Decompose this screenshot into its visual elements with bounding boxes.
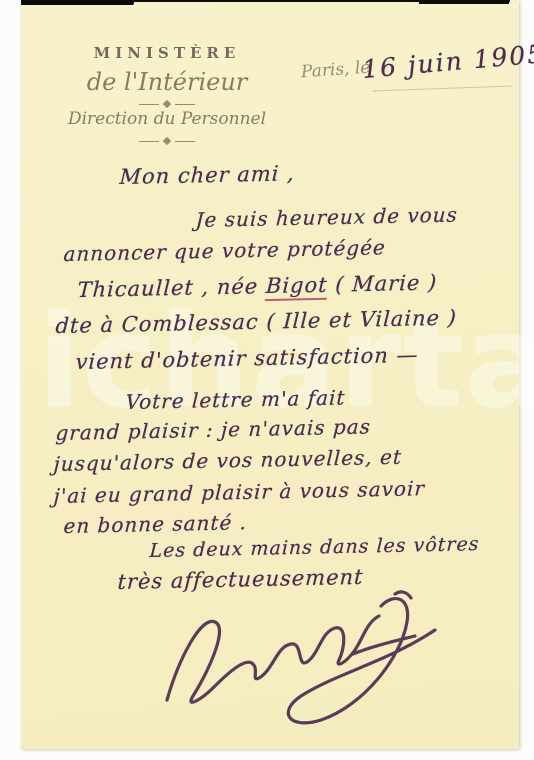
signature-flourish-drawing [149, 588, 483, 742]
salutation: Mon cher ami , [119, 161, 295, 189]
body-line-pre: Thicaullet , née [77, 274, 267, 302]
body-line: vient d'obtenir satisfaction — [75, 343, 419, 374]
dateline-printed-prefix: Paris, le [300, 58, 371, 83]
body-line: jusqu'alors de vos nouvelles, et [53, 445, 403, 476]
letterhead-department: de l'Intérieur [47, 68, 287, 96]
body-line: j'ai eu grand plaisir à vous savoir [53, 476, 426, 508]
body-line: Thicaullet , née Bigot ( Marie ) [77, 270, 438, 302]
body-line: dte à Comblessac ( Ille et Vilaine ) [55, 306, 458, 338]
letter-paper: icharta MINISTÈRE de l'Intérieur Directi… [21, 0, 519, 749]
letterhead-ornament-divider [139, 137, 195, 146]
body-line: en bonne santé . [63, 510, 248, 538]
underlined-name: Bigot [265, 273, 328, 301]
scan-edge-top-right [419, 0, 509, 4]
letterhead-ornament-divider [139, 100, 195, 109]
scan-edge-top-left [21, 0, 134, 5]
body-line-post: ( Marie ) [327, 270, 438, 296]
body-line: Votre lettre m'a fait [125, 385, 346, 414]
body-line: annoncer que votre protégée [63, 235, 386, 266]
signature [149, 588, 483, 742]
letterhead-division: Direction du Personnel [47, 109, 287, 129]
body-line: grand plaisir : je n'avais pas [55, 414, 372, 445]
scanned-letter: icharta MINISTÈRE de l'Intérieur Directi… [0, 0, 534, 760]
closing-line: Les deux mains dans les vôtres [149, 533, 480, 562]
body-line: Je suis heureux de vous [195, 202, 458, 232]
letterhead-ministry: MINISTÈRE [57, 44, 277, 62]
